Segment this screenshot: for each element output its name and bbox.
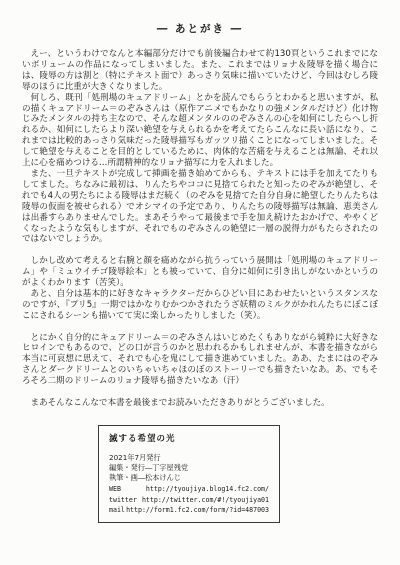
page-title: ― あとがき ― xyxy=(0,21,400,36)
link-label: mail xyxy=(109,505,126,515)
contact-link-row: WEBhttp://tyoujiya.blog14.fc2.com/ xyxy=(109,484,269,494)
book-title: 滅する希望の光 xyxy=(109,432,269,444)
contact-links: WEBhttp://tyoujiya.blog14.fc2.com/twitte… xyxy=(109,484,269,515)
link-url: http://tyoujiya.blog14.fc2.com/ xyxy=(146,484,269,494)
paragraph: まあそんなこんなで本書を最後までお読みいただきありがとうございました。 xyxy=(22,398,378,409)
colophon-box: 滅する希望の光 2021年7月発行編集・発行―丁字屋残党執筆・画―松本けんじ W… xyxy=(98,425,280,523)
publication-info: 2021年7月発行編集・発行―丁字屋残党執筆・画―松本けんじ xyxy=(109,453,269,484)
paragraph: えー、というわけでなんと本編部分だけでも前後編合わせて約130頁というこれまでに… xyxy=(22,49,378,93)
publication-line: 2021年7月発行 xyxy=(109,453,269,463)
link-label: WEB xyxy=(109,484,146,494)
afterword-body: えー、というわけでなんと本編部分だけでも前後編合わせて約130頁というこれまでに… xyxy=(22,49,378,409)
publication-line: 編集・発行―丁字屋残党 xyxy=(109,463,269,473)
contact-link-row: mailhttp://form1.fc2.com/form/?id=487003 xyxy=(109,505,269,515)
paragraph: とにかく自分的にキュアドリーム＝のぞみさんはいじめたくもありながら純粋に大好きな… xyxy=(22,333,378,388)
paragraph: あと、自分は基本的に好きなキャラクターだからひどい目にあわせたいというスタンスな… xyxy=(22,289,378,322)
link-url: http://twitter.com/#!/tyoujiya01 xyxy=(142,495,269,505)
link-label: twitter xyxy=(109,495,142,505)
publication-line: 執筆・画―松本けんじ xyxy=(109,473,269,483)
paragraph: また、一旦テキストが完成して挿画を描き始めてからも、テキストには手を加えてたりも… xyxy=(22,169,378,245)
paragraph: 何しろ、既刊「処刑場のキュアドリーム」とかを読んでもらうとわかると思いますが、私… xyxy=(22,93,378,169)
contact-link-row: twitterhttp://twitter.com/#!/tyoujiya01 xyxy=(109,495,269,505)
afterword-page: ― あとがき ― えー、というわけでなんと本編部分だけでも前後編合わせて約130… xyxy=(0,0,400,565)
link-url: http://form1.fc2.com/form/?id=487003 xyxy=(126,505,269,515)
paragraph: しかし改めて考えると右腕と顔を痛めながら抗うっていう展開は「処刑場のキュアドリー… xyxy=(22,256,378,289)
